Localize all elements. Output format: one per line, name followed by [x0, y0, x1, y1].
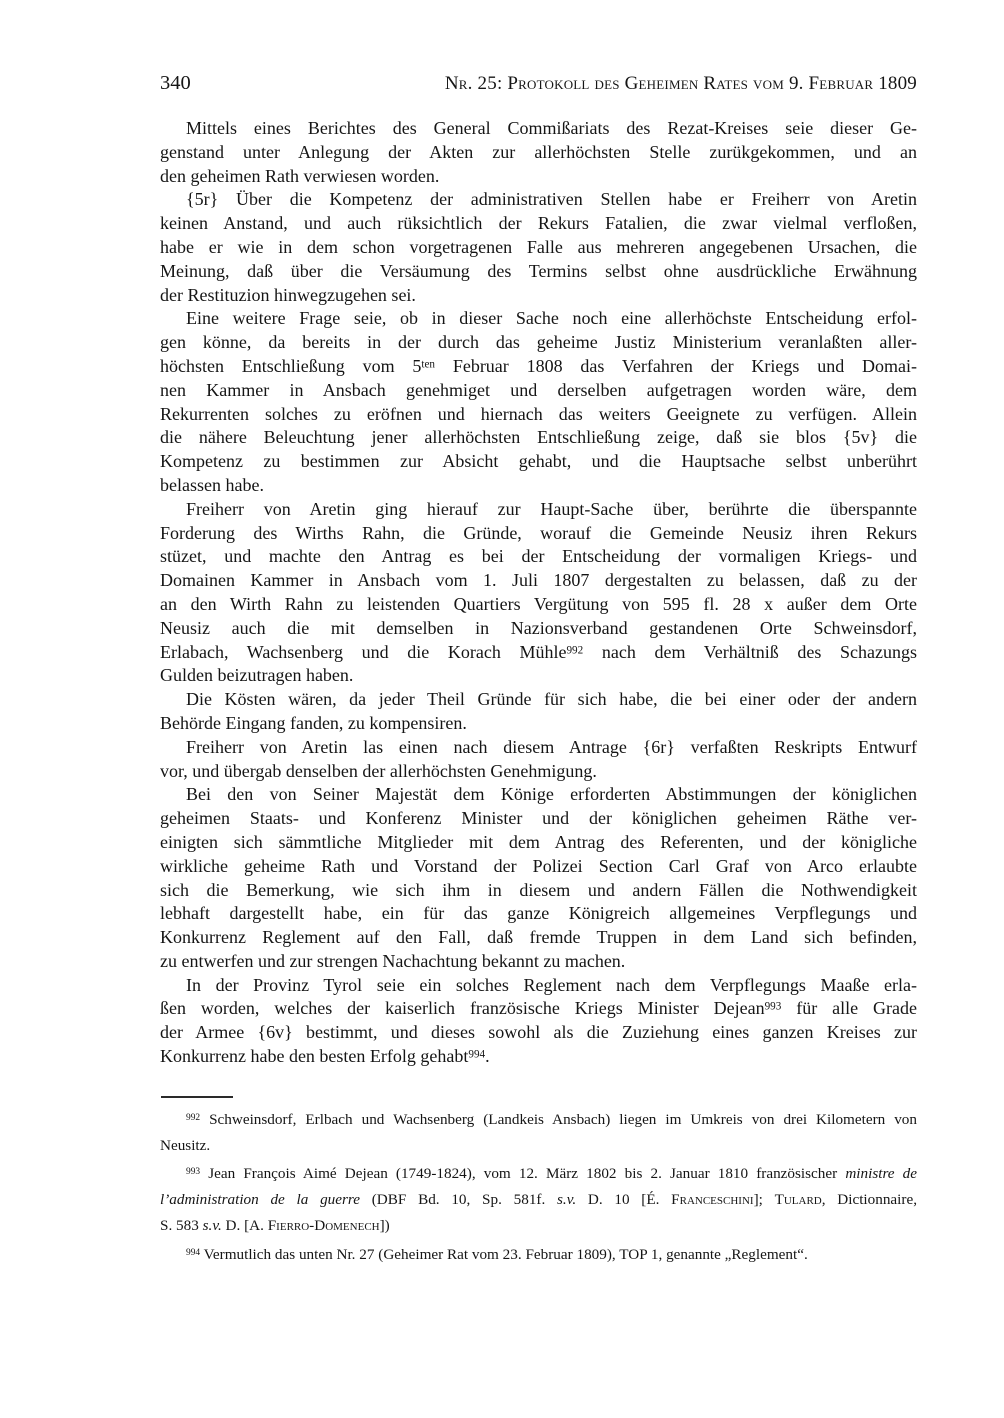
- text-segment: Jean François Aimé Dejean (1749-1824), v…: [200, 1165, 845, 1182]
- text-line: 992 Schweinsdorf, Erlbach und Wachsenber…: [160, 1107, 917, 1133]
- footnote-separator: [161, 1096, 233, 1098]
- text-line: Freiherr von Aretin las einen nach diese…: [160, 736, 917, 760]
- text-segment: Konkurrenz habe den besten Erfolg gehabt: [160, 1046, 468, 1066]
- text-segment: lebhaft dargestellt habe, ein für das ga…: [160, 903, 917, 923]
- paragraph: {5r} Über die Kompetenz der administrati…: [160, 188, 917, 307]
- text-segment: Vermutlich das unten Nr. 27 (Geheimer Ra…: [200, 1246, 808, 1263]
- text-line: Die Kösten wären, da jeder Theil Gründe …: [160, 688, 917, 712]
- superscript-marker: ten: [421, 358, 435, 370]
- text-line: {5r} Über die Kompetenz der administrati…: [160, 188, 917, 212]
- text-segment: an den Wirth Rahn zu leistenden Quartier…: [160, 594, 917, 614]
- text-line: den geheimen Rath verwiesen worden.: [160, 165, 917, 189]
- text-line: an den Wirth Rahn zu leistenden Quartier…: [160, 593, 917, 617]
- italic-text: ministre de: [845, 1165, 917, 1182]
- text-segment: nach dem Verhältniß des Schazungs: [583, 642, 917, 662]
- text-segment: den geheimen Rath verwiesen worden.: [160, 166, 439, 186]
- paragraph: Freiherr von Aretin ging hierauf zur Hau…: [160, 498, 917, 688]
- smallcaps-text: Fierro-Domenech: [268, 1217, 380, 1234]
- text-segment: einigten sich sämmtliche Mitglieder mit …: [160, 832, 917, 852]
- text-line: belassen habe.: [160, 474, 917, 498]
- text-line: Mittels eines Berichtes des General Comm…: [160, 117, 917, 141]
- text-segment: Meinung, daß über die Versäumung des Ter…: [160, 261, 917, 281]
- text-line: nen Kammer in Ansbach genehmiget und der…: [160, 379, 917, 403]
- text-segment: sich die Bemerkung, wie sich ihm in dies…: [160, 880, 917, 900]
- text-line: wirkliche geheime Rath und Vorstand der …: [160, 855, 917, 879]
- text-line: 994 Vermutlich das unten Nr. 27 (Geheime…: [160, 1242, 917, 1268]
- footnote: 994 Vermutlich das unten Nr. 27 (Geheime…: [160, 1242, 917, 1268]
- footnotes: 992 Schweinsdorf, Erlbach und Wachsenber…: [160, 1107, 917, 1268]
- body-text: Mittels eines Berichtes des General Comm…: [160, 117, 917, 1069]
- text-line: 993 Jean François Aimé Dejean (1749-1824…: [160, 1161, 917, 1187]
- text-segment: Die Kösten wären, da jeder Theil Gründe …: [186, 689, 917, 709]
- superscript-marker: 992: [186, 1113, 200, 1123]
- text-line: Konkurrenz Reglement auf den Fall, daß f…: [160, 926, 917, 950]
- text-segment: höchsten Entschließung vom 5: [160, 356, 421, 376]
- text-segment: habe er wie in dem schon vorgetragenen F…: [160, 237, 917, 257]
- text-line: Konkurrenz habe den besten Erfolg gehabt…: [160, 1045, 917, 1069]
- text-segment: Freiherr von Aretin ging hierauf zur Hau…: [186, 499, 917, 519]
- text-line: Erlabach, Wachsenberg und die Korach Müh…: [160, 641, 917, 665]
- text-segment: {5r} Über die Kompetenz der administrati…: [186, 189, 917, 209]
- page-content: 340 Nr. 25: Protokoll des Geheimen Rates…: [160, 70, 917, 1271]
- text-line: Gulden beizutragen haben.: [160, 664, 917, 688]
- text-segment: Neusitz.: [160, 1137, 210, 1154]
- text-segment: der Armee {6v} bestimmt, und dieses sowo…: [160, 1022, 917, 1042]
- text-segment: Behörde Eingang fanden, zu kompensiren.: [160, 713, 467, 733]
- text-segment: geheimen Staats- und Konferenz Minister …: [160, 808, 917, 828]
- text-line: zu entwerfen und zur strengen Nachachtun…: [160, 950, 917, 974]
- text-segment: Konkurrenz Reglement auf den Fall, daß f…: [160, 927, 917, 947]
- text-segment: Rekurrenten solches zu eröfnen und hiern…: [160, 404, 917, 424]
- text-line: In der Provinz Tyrol seie ein solches Re…: [160, 974, 917, 998]
- text-segment: S. 583: [160, 1217, 203, 1234]
- document-page: 340 Nr. 25: Protokoll des Geheimen Rates…: [0, 0, 1004, 1418]
- text-segment: Gulden beizutragen haben.: [160, 665, 353, 685]
- text-segment: D. 10 [É.: [576, 1191, 671, 1208]
- text-line: Bei den von Seiner Majestät dem Könige e…: [160, 783, 917, 807]
- text-line: Behörde Eingang fanden, zu kompensiren.: [160, 712, 917, 736]
- text-line: habe er wie in dem schon vorgetragenen F…: [160, 236, 917, 260]
- italic-text: s.v.: [557, 1191, 576, 1208]
- paragraph: Die Kösten wären, da jeder Theil Gründe …: [160, 688, 917, 736]
- text-segment: belassen habe.: [160, 475, 264, 495]
- superscript-marker: 994: [186, 1248, 200, 1258]
- page-header: 340 Nr. 25: Protokoll des Geheimen Rates…: [160, 70, 917, 97]
- superscript-marker: 993: [765, 1001, 782, 1013]
- text-line: die nähere Beleuchtung jener allerhöchst…: [160, 426, 917, 450]
- text-segment: wirkliche geheime Rath und Vorstand der …: [160, 856, 917, 876]
- superscript-marker: 994: [468, 1048, 485, 1060]
- text-segment: In der Provinz Tyrol seie ein solches Re…: [186, 975, 917, 995]
- text-segment: genstand unter Anlegung der Akten zur al…: [160, 142, 917, 162]
- text-segment: Erlabach, Wachsenberg und die Korach Müh…: [160, 642, 566, 662]
- italic-text: s.v.: [203, 1217, 222, 1234]
- superscript-marker: 992: [566, 644, 583, 656]
- text-line: Neusiz auch die mit demselben in Nazions…: [160, 617, 917, 641]
- smallcaps-text: Franceschini: [671, 1191, 753, 1208]
- text-line: ßen worden, welches der kaiserlich franz…: [160, 997, 917, 1021]
- text-segment: ]): [380, 1217, 390, 1234]
- text-segment: , Dictionnaire,: [822, 1191, 917, 1208]
- paragraph: Freiherr von Aretin las einen nach diese…: [160, 736, 917, 784]
- text-segment: Forderung des Wirths Rahn, die Gründe, w…: [160, 523, 917, 543]
- text-line: S. 583 s.v. D. [A. Fierro-Domenech]): [160, 1213, 917, 1239]
- text-line: Domainen Kammer in Ansbach vom 1. Juli 1…: [160, 569, 917, 593]
- text-line: lebhaft dargestellt habe, ein für das ga…: [160, 902, 917, 926]
- paragraph: Mittels eines Berichtes des General Comm…: [160, 117, 917, 188]
- text-segment: D. [A.: [222, 1217, 268, 1234]
- text-segment: Eine weitere Frage seie, ob in dieser Sa…: [186, 308, 917, 328]
- text-line: Meinung, daß über die Versäumung des Ter…: [160, 260, 917, 284]
- text-line: stüzet, und machte den Antrag es bei der…: [160, 545, 917, 569]
- text-segment: zu entwerfen und zur strengen Nachachtun…: [160, 951, 625, 971]
- text-segment: Schweinsdorf, Erlbach und Wachsenberg (L…: [200, 1111, 917, 1128]
- text-segment: ];: [754, 1191, 775, 1208]
- superscript-marker: 993: [186, 1168, 200, 1178]
- text-line: Kompetenz zu bestimmen zur Absicht gehab…: [160, 450, 917, 474]
- text-line: Eine weitere Frage seie, ob in dieser Sa…: [160, 307, 917, 331]
- text-segment: ßen worden, welches der kaiserlich franz…: [160, 998, 765, 1018]
- text-line: Freiherr von Aretin ging hierauf zur Hau…: [160, 498, 917, 522]
- text-line: keinen Anstand, und auch rüksichtlich de…: [160, 212, 917, 236]
- text-segment: Kompetenz zu bestimmen zur Absicht gehab…: [160, 451, 917, 471]
- text-segment: stüzet, und machte den Antrag es bei der…: [160, 546, 917, 566]
- text-segment: Neusiz auch die mit demselben in Nazions…: [160, 618, 917, 638]
- text-line: Neusitz.: [160, 1133, 917, 1159]
- footnote: 992 Schweinsdorf, Erlbach und Wachsenber…: [160, 1107, 917, 1159]
- text-segment: (DBF Bd. 10, Sp. 581f.: [360, 1191, 557, 1208]
- footnote: 993 Jean François Aimé Dejean (1749-1824…: [160, 1161, 917, 1238]
- text-line: einigten sich sämmtliche Mitglieder mit …: [160, 831, 917, 855]
- smallcaps-text: Tulard: [775, 1191, 822, 1208]
- text-line: der Restituzion hinwegzugehen sei.: [160, 284, 917, 308]
- text-line: Rekurrenten solches zu eröfnen und hiern…: [160, 403, 917, 427]
- text-line: Forderung des Wirths Rahn, die Gründe, w…: [160, 522, 917, 546]
- text-line: der Armee {6v} bestimmt, und dieses sowo…: [160, 1021, 917, 1045]
- text-line: höchsten Entschließung vom 5ten Februar …: [160, 355, 917, 379]
- text-segment: Freiherr von Aretin las einen nach diese…: [186, 737, 917, 757]
- text-line: genstand unter Anlegung der Akten zur al…: [160, 141, 917, 165]
- text-line: gen könne, da bereits in der durch das g…: [160, 331, 917, 355]
- paragraph: Eine weitere Frage seie, ob in dieser Sa…: [160, 307, 917, 497]
- text-segment: keinen Anstand, und auch rüksichtlich de…: [160, 213, 917, 233]
- paragraph: Bei den von Seiner Majestät dem Könige e…: [160, 783, 917, 973]
- text-line: l’administration de la guerre (DBF Bd. 1…: [160, 1187, 917, 1213]
- paragraph: In der Provinz Tyrol seie ein solches Re…: [160, 974, 917, 1069]
- running-header: Nr. 25: Protokoll des Geheimen Rates vom…: [445, 71, 917, 97]
- text-line: sich die Bemerkung, wie sich ihm in dies…: [160, 879, 917, 903]
- text-line: vor, und übergab denselben der allerhöch…: [160, 760, 917, 784]
- text-segment: für alle Grade: [781, 998, 917, 1018]
- page-number: 340: [160, 70, 191, 96]
- text-segment: Bei den von Seiner Majestät dem Könige e…: [186, 784, 917, 804]
- text-segment: vor, und übergab denselben der allerhöch…: [160, 761, 597, 781]
- text-segment: nen Kammer in Ansbach genehmiget und der…: [160, 380, 917, 400]
- text-segment: Februar 1808 das Verfahren der Kriegs un…: [435, 356, 917, 376]
- text-segment: .: [485, 1046, 490, 1066]
- text-line: geheimen Staats- und Konferenz Minister …: [160, 807, 917, 831]
- text-segment: die nähere Beleuchtung jener allerhöchst…: [160, 427, 917, 447]
- text-segment: der Restituzion hinwegzugehen sei.: [160, 285, 416, 305]
- text-segment: Domainen Kammer in Ansbach vom 1. Juli 1…: [160, 570, 917, 590]
- text-segment: Mittels eines Berichtes des General Comm…: [186, 118, 917, 138]
- italic-text: l’administration de la guerre: [160, 1191, 360, 1208]
- text-segment: gen könne, da bereits in der durch das g…: [160, 332, 917, 352]
